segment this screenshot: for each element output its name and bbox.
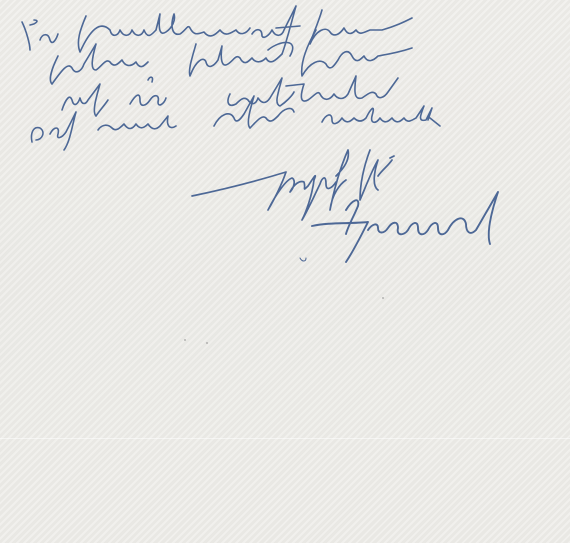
paper-fold — [0, 438, 570, 439]
handwritten-line-3 — [62, 76, 398, 116]
handwritten-line-1 — [22, 6, 412, 54]
stray-ink-mark — [300, 258, 306, 261]
letter-page: Die Korrekturen auf den letzten Seiten h… — [0, 0, 570, 543]
handwriting-ink — [0, 0, 570, 543]
handwritten-closing — [192, 150, 394, 220]
paper-speck — [382, 297, 384, 299]
handwritten-line-2 — [50, 30, 412, 84]
paper-speck — [206, 342, 208, 344]
signature-freud — [312, 192, 498, 262]
paper-speck — [184, 339, 186, 341]
